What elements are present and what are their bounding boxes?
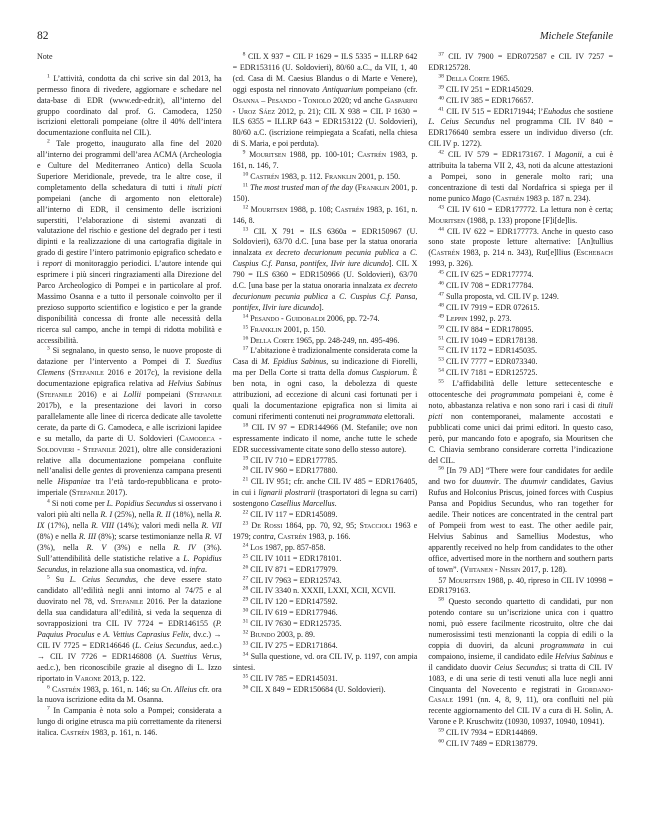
footnote-number: 9 [243,150,246,156]
footnote-number: 23 [243,520,249,526]
page-header: 82 Michele Stefanile [37,30,613,42]
footnote-number: 21 [243,477,249,483]
footnote-number: 45 [438,269,444,275]
footnote-38: 38 Della Corte 1965. [428,74,613,85]
footnote-29: 29 CIL IV 120 = EDR147592. [233,597,418,608]
footnote-number: 20 [243,466,249,472]
notes-list-1: 1 L’attività, condotta da chi scrive sin… [37,74,222,739]
footnote-12: 12 Mouritsen 1988, p. 108; Castrén 1983,… [233,205,418,227]
footnote-number: 5 [47,575,50,581]
footnote-35: 35 CIL IV 785 = EDR145031. [233,674,418,685]
footnote-34: 34 Sulla questione, vd. ora CIL IV, p. 1… [233,652,418,674]
footnote-number: 39 [438,84,444,90]
footnote-number: 2 [47,139,50,145]
notes-content: Note 1 L’attività, condotta da chi scriv… [37,52,613,750]
footnote-number: 8 [243,51,246,57]
notes-list-3: 37 CIL IV 7900 = EDR072587 e CIL IV 7257… [428,52,613,750]
footnote-number: 6 [47,684,50,690]
footnote-14: 14 Pesando - Guidobaldi 2006, pp. 72-74. [233,314,418,325]
footnote-18: 18 CIL IV 97 = EDR144966 (M. Stefanile; … [233,423,418,456]
footnote-number: 50 [438,324,444,330]
footnote-number: 38 [438,73,444,79]
footnote-8: 8 CIL X 937 = CIL I² 1629 = ILS 5335 = I… [233,52,418,150]
footnote-2: 2 Tale progetto, inaugurato alla fine de… [37,139,222,346]
footnote-21: 21 CIL IV 951; cfr. anche CIL IV 485 = E… [233,477,418,510]
footnote-number: 3 [47,346,50,352]
footnote-43: 43 CIL IV 610 = EDR177772. La lettura no… [428,205,613,227]
footnote-53: 53 CIL IV 7777 = EDR073340. [428,357,613,368]
footnote-number: 14 [243,313,249,319]
footnote-number: 44 [438,226,444,232]
footnote-number: 24 [243,542,249,548]
footnote-number: 16 [243,335,249,341]
notes-section-label: Note [37,52,222,63]
footnote-number: 59 [438,728,444,734]
notes-column-2: 8 CIL X 937 = CIL I² 1629 = ILS 5335 = I… [233,52,418,750]
footnote-52: 52 CIL IV 1172 = EDR145035. [428,346,613,357]
footnote-number: 57 [438,576,448,585]
footnote-37: 37 CIL IV 7900 = EDR072587 e CIL IV 7257… [428,52,613,74]
notes-list-2: 8 CIL X 937 = CIL I² 1629 = ILS 5335 = I… [233,52,418,695]
footnote-56: 56 [In 79 AD] “There were four candidate… [428,466,613,575]
footnote-49: 49 Leppin 1992, p. 273. [428,314,613,325]
footnote-45: 45 CIL IV 625 = EDR177774. [428,270,613,281]
footnote-number: 15 [243,324,249,330]
footnote-58: 58 Questo secondo quartetto di candidati… [428,597,613,728]
footnote-number: 10 [243,171,249,177]
footnote-23: 23 De Rossi 1864, pp. 70, 92, 95; Stacci… [233,521,418,543]
footnote-51: 51 CIL IV 1049 = EDR178138. [428,336,613,347]
paper-page: 82 Michele Stefanile Note 1 L’attività, … [0,0,650,824]
footnote-number: 11 [243,182,248,188]
footnote-number: 48 [438,302,444,308]
footnote-number: 54 [438,368,444,374]
footnote-number: 32 [243,629,249,635]
footnote-55: 55 L’affidabilità delle letture settecen… [428,379,613,466]
footnote-50: 50 CIL IV 884 = EDR178095. [428,325,613,336]
footnote-17: 17 L’abitazione è tradizionalmente consi… [233,346,418,422]
footnote-number: 26 [243,564,249,570]
footnote-number: 1 [47,73,50,79]
footnote-number: 25 [243,553,249,559]
footnote-32: 32 Biundo 2003, p. 89. [233,630,418,641]
footnote-number: 22 [243,509,249,515]
footnote-number: 55 [438,379,444,385]
footnote-25: 25 CIL IV 1011 = EDR178101. [233,554,418,565]
footnote-42: 42 CIL IV 579 = EDR173167. I Magonii, a … [428,150,613,205]
footnote-number: 7 [47,706,50,712]
footnote-27: 27 CIL IV 7963 = EDR125743. [233,576,418,587]
footnote-19: 19 CIL IV 710 = EDR177785. [233,456,418,467]
footnote-number: 56 [438,466,444,472]
footnote-number: 41 [438,106,444,112]
footnote-number: 49 [438,313,444,319]
footnote-number: 52 [438,346,444,352]
footnote-number: 12 [243,204,249,210]
footnote-46: 46 CIL IV 708 = EDR177784. [428,281,613,292]
footnote-number: 47 [438,291,444,297]
footnote-4: 4 Si noti come per L. Popidius Secundus … [37,499,222,575]
footnote-number: 19 [243,455,249,461]
footnote-7: 7 In Campania è nota solo a Pompei; cons… [37,706,222,739]
footnote-59: 59 CIL IV 7934 = EDR144869. [428,728,613,739]
footnote-number: 43 [438,204,444,210]
footnote-number: 27 [243,575,249,581]
footnote-number: 31 [243,618,249,624]
footnote-number: 37 [438,51,444,57]
footnote-11: 11 The most trusted man of the day (Fran… [233,183,418,205]
footnote-3: 3 Si segnalano, in questo senso, le nuov… [37,346,222,499]
footnote-24: 24 Los 1987, pp. 857-858. [233,543,418,554]
footnote-5: 5 Su L. Ceius Secundus, che deve essere … [37,575,222,684]
footnote-28: 28 CIL IV 3340 n. XXXII, LXXI, XCII, XCV… [233,586,418,597]
footnote-number: 35 [243,673,249,679]
footnote-36: 36 CIL X 849 = EDR150684 (U. Soldovieri)… [233,685,418,696]
footnote-number: 13 [243,226,249,232]
page-number: 82 [37,30,49,42]
footnote-40: 40 CIL IV 385 = EDR176657. [428,96,613,107]
footnote-number: 28 [243,586,249,592]
footnote-33: 33 CIL IV 275 = EDR171864. [233,641,418,652]
notes-column-3: 37 CIL IV 7900 = EDR072587 e CIL IV 7257… [428,52,613,750]
footnote-57: 57 Mouritsen 1988, p. 40, ripreso in CIL… [428,576,613,598]
footnote-10: 10 Castrén 1983, p. 112. Franklin 2001, … [233,172,418,183]
footnote-number: 4 [47,498,50,504]
footnote-number: 60 [438,738,444,744]
footnote-number: 18 [243,422,249,428]
footnote-number: 34 [243,651,249,657]
footnote-44: 44 CIL IV 622 = EDR177773. Anche in ques… [428,227,613,271]
footnote-39: 39 CIL IV 251 = EDR145029. [428,85,613,96]
notes-column-1: Note 1 L’attività, condotta da chi scriv… [37,52,222,750]
footnote-number: 51 [438,335,444,341]
footnote-22: 22 CIL IV 117 = EDR145089. [233,510,418,521]
footnote-13: 13 CIL X 791 = ILS 6360a = EDR150967 (U.… [233,227,418,314]
footnote-16: 16 Della Corte 1965, pp. 248-249, nn. 49… [233,336,418,347]
footnote-26: 26 CIL IV 871 = EDR177979. [233,565,418,576]
footnote-60: 60 CIL IV 7489 = EDR138779. [428,739,613,750]
footnote-1: 1 L’attività, condotta da chi scrive sin… [37,74,222,139]
footnote-15: 15 Franklin 2001, p. 150. [233,325,418,336]
footnote-number: 58 [438,597,444,603]
footnote-20: 20 CIL IV 960 = EDR177880. [233,466,418,477]
footnote-54: 54 CIL IV 7181 = EDR125725. [428,368,613,379]
footnote-41: 41 CIL IV 515 = EDR171944; l’Euhodus che… [428,107,613,151]
footnote-number: 42 [438,150,444,156]
footnote-number: 33 [243,640,249,646]
footnote-30: 30 CIL IV 619 = EDR177946. [233,608,418,619]
footnote-number: 36 [243,684,249,690]
footnote-number: 40 [438,95,444,101]
footnote-48: 48 CIL IV 7919 = EDR 072615. [428,303,613,314]
footnote-6: 6 Castrén 1983, p. 161, n. 146; su Cn. A… [37,685,222,707]
footnote-number: 46 [438,280,444,286]
author-name: Michele Stefanile [540,31,613,42]
footnote-9: 9 Mouritsen 1988, pp. 100-101; Castrén 1… [233,150,418,172]
footnote-number: 53 [438,357,444,363]
footnote-number: 17 [243,346,249,352]
footnote-47: 47 Sulla proposta, vd. CIL IV p. 1249. [428,292,613,303]
footnote-number: 30 [243,608,249,614]
footnote-number: 29 [243,597,249,603]
footnote-31: 31 CIL IV 7630 = EDR125735. [233,619,418,630]
